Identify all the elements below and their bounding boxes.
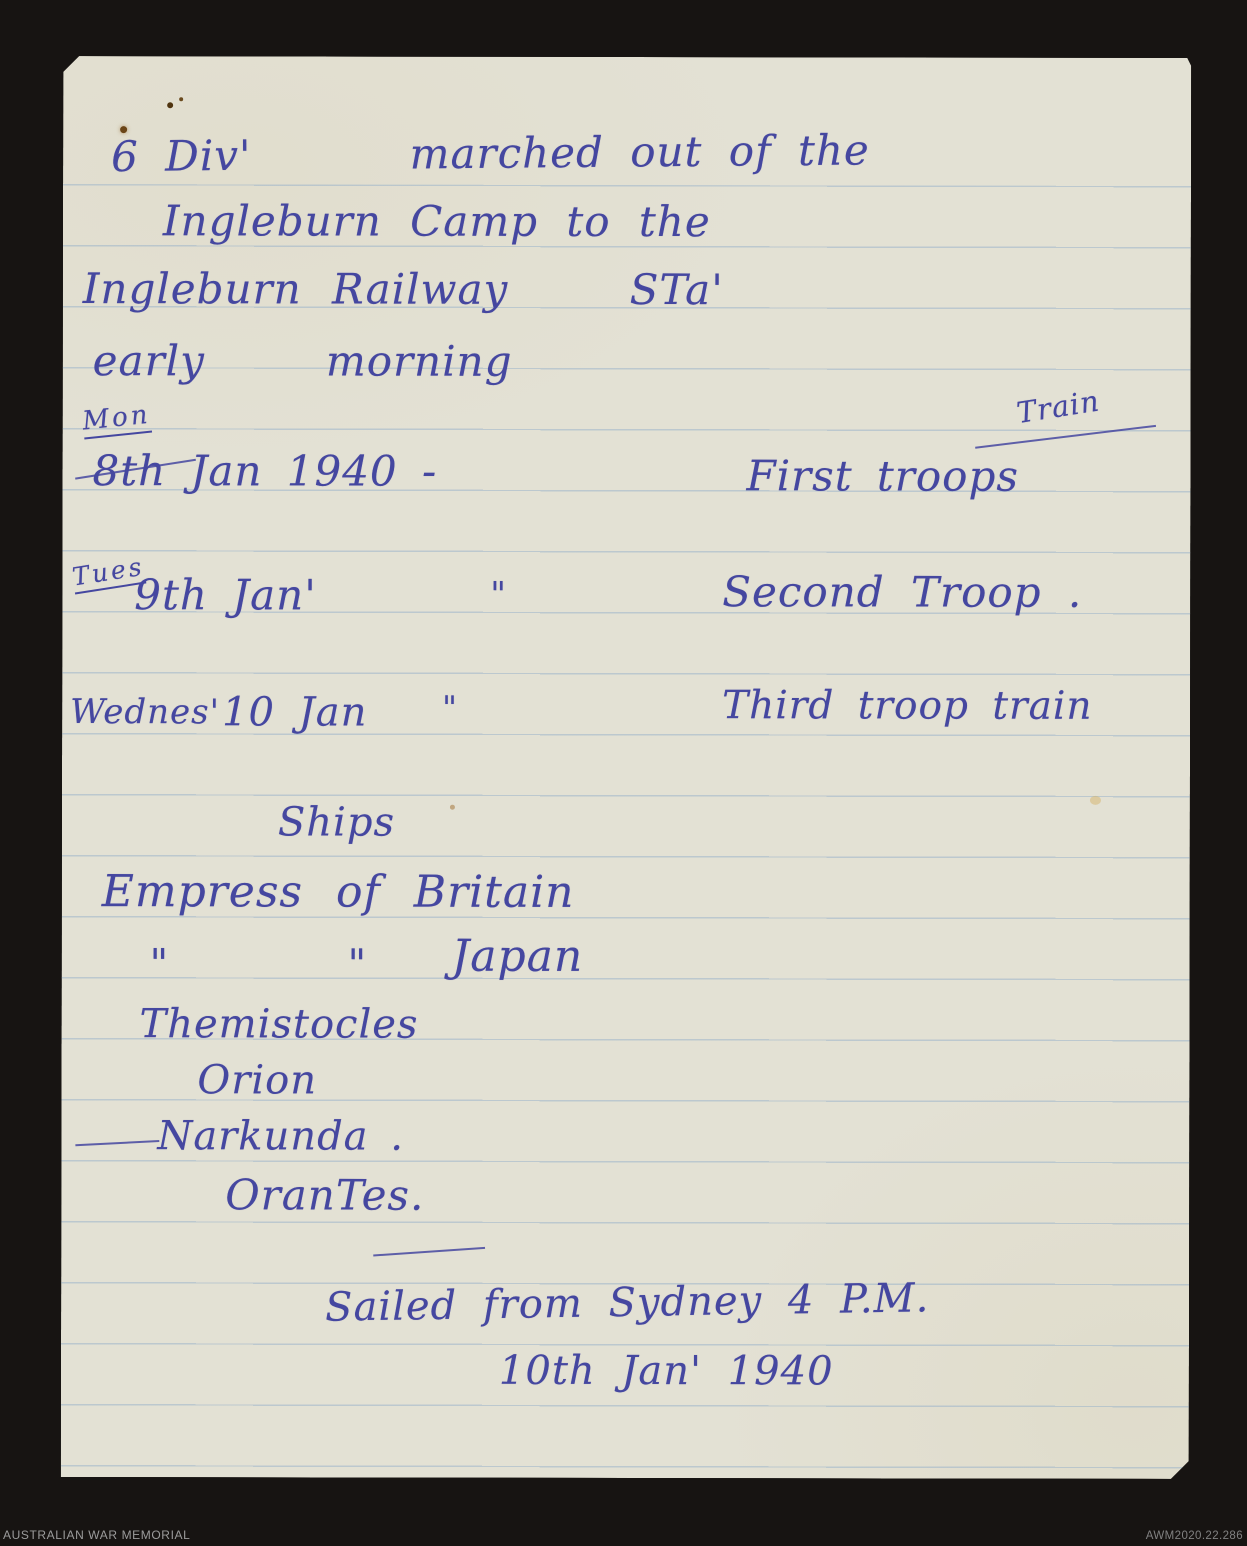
ship-name: Empress of Britain [102,868,575,917]
entry-ditto-mark: " [442,691,458,726]
ship-underline [373,1247,485,1257]
ship-name: OranTes. [225,1172,424,1219]
entry-date: 8th Jan 1940 - [92,448,437,495]
caption-bar: AUSTRALIAN WAR MEMORIAL AWM2020.22.286 [0,1522,1247,1546]
ship-name: Narkunda . [157,1114,404,1158]
ships-heading: Ships [278,800,395,844]
heading-line-3: Ingleburn Railway STa' [83,266,724,313]
foxing-spot [450,805,455,810]
heading-line-1: 6 Div' marched out of the [111,127,870,180]
ship-name: Japan [452,933,584,982]
pen-flourish [75,1140,159,1146]
entry-event: Second Troop . [722,569,1082,616]
foxing-spot [179,97,183,101]
heading-line-4: early morning [93,338,513,385]
entry-event: Third troop train [722,685,1092,729]
foxing-spot [1090,796,1101,805]
closing-line-2: 10th Jan' 1940 [499,1349,834,1394]
entry-date: 9th Jan' [134,572,317,619]
ship-name: Themistocles [140,1002,419,1046]
archive-source-label: AUSTRALIAN WAR MEMORIAL [3,1528,190,1542]
insertion-underline [975,425,1156,449]
scanned-page: 6 Div' marched out of the Ingleburn Camp… [61,56,1191,1479]
ship-ditto-mark: " [348,943,367,987]
entry-event: First troops [746,453,1018,500]
ship-name: Orion [197,1058,317,1102]
closing-line-1: Sailed from Sydney 4 P.M. [325,1276,930,1329]
foxing-spot [167,102,173,108]
entry-insertion: Train [1015,385,1102,429]
entry-ditto-mark: " [490,577,507,614]
entry-date: 10 Jan [222,690,367,734]
entry-day-label: Mon [81,401,152,439]
archive-reference-number: AWM2020.22.286 [1146,1530,1243,1542]
ship-ditto-mark: " [150,942,169,986]
heading-line-2: Ingleburn Camp to the [163,198,711,245]
entry-day-label: Wednes' [70,694,220,732]
